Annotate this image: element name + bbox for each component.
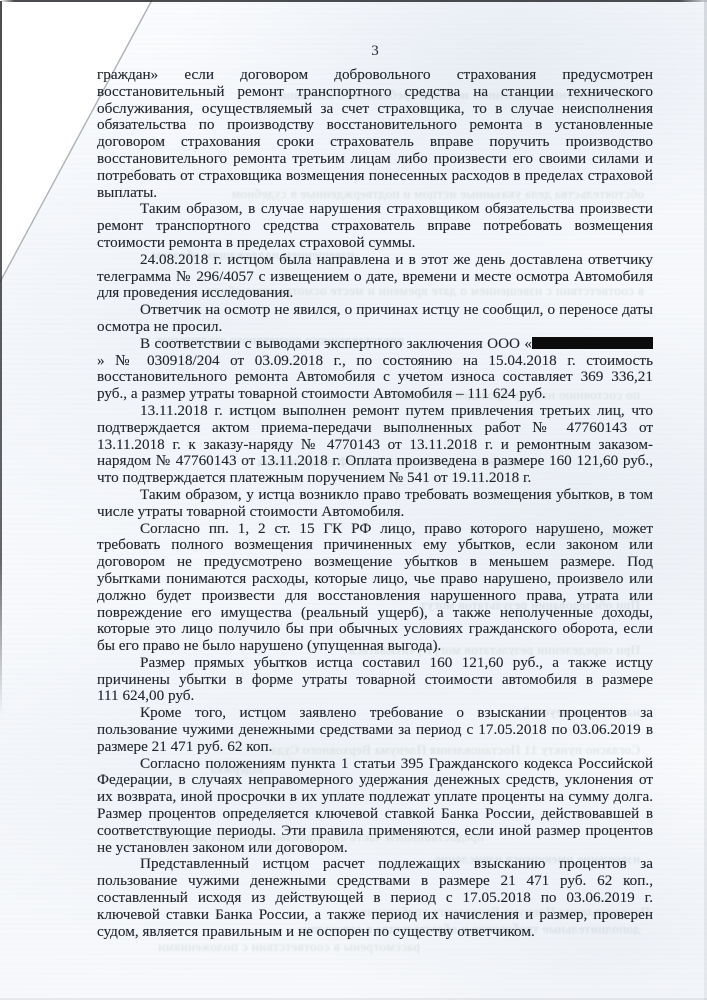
paragraph: Кроме того, истцом заявлено требование о… — [97, 705, 653, 755]
scan-edge-top — [0, 0, 707, 2]
paragraph: граждан» если договором добровольного ст… — [97, 67, 653, 201]
paragraph: В соответствии с выводами экспертного за… — [97, 336, 653, 403]
paragraph: Таким образом, у истца возникло право тр… — [97, 487, 653, 521]
document-body: граждан» если договором добровольного ст… — [97, 67, 653, 940]
paragraph: Представленный истцом расчет подлежащих … — [97, 856, 653, 940]
paragraph: Таким образом, в случае нарушения страхо… — [97, 201, 653, 251]
scan-edge-left — [0, 1, 2, 716]
redaction-box — [532, 337, 653, 349]
paragraph: Размер прямых убытков истца составил 160… — [97, 655, 653, 705]
paragraph: 13.11.2018 г. истцом выполнен ремонт пут… — [97, 403, 653, 487]
paragraph: 24.08.2018 г. истцом была направлена и в… — [97, 252, 653, 302]
paragraph-text: В соответствии с выводами экспертного за… — [140, 335, 532, 352]
page-number: 3 — [97, 43, 653, 60]
bleedthrough-text: рассмотрены в соответствии с положениями — [90, 940, 420, 954]
scanned-page: в отношении заявленных исковых требовани… — [0, 0, 707, 1000]
paragraph: Согласно положениям пункта 1 статьи 395 … — [97, 756, 653, 857]
paragraph-text: » № 030918/204 от 03.09.2018 г., по сост… — [97, 352, 653, 403]
paragraph: Ответчик на осмотр не явился, о причинах… — [97, 302, 653, 336]
paragraph: Согласно пп. 1, 2 ст. 15 ГК РФ лицо, пра… — [97, 521, 653, 655]
